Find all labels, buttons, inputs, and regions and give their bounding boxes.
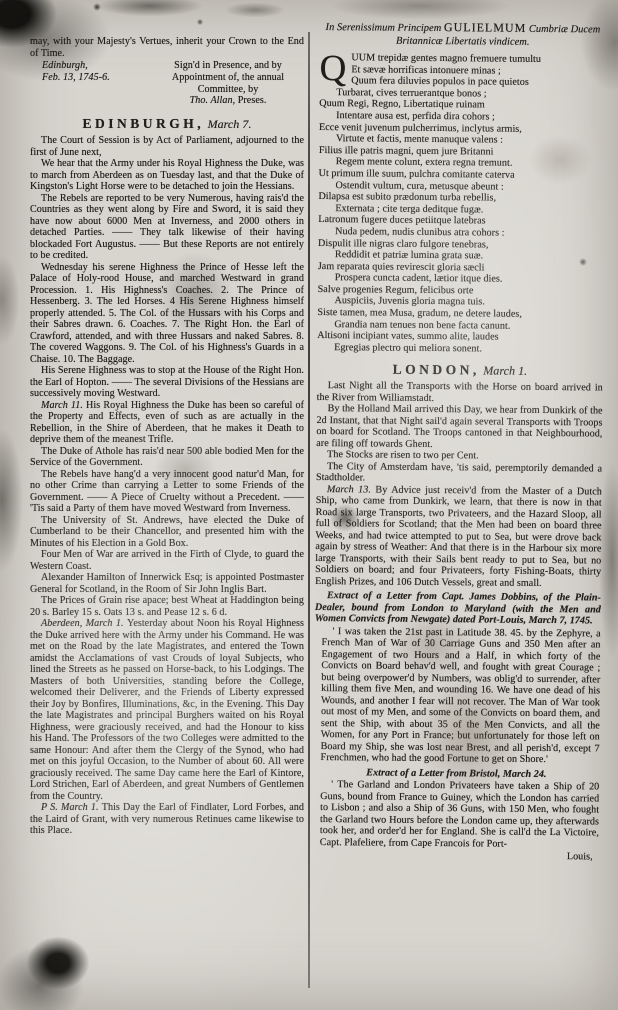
- london-heading-date: March 1.: [483, 364, 527, 378]
- poem-drop-cap: Q: [319, 52, 351, 83]
- newspaper-page: may, with your Majesty's Vertues, inheri…: [0, 0, 618, 1010]
- news-paragraph: Wednesday his serene Highness the Prince…: [30, 262, 304, 366]
- news-paragraph: The University of St. Andrews, have elec…: [30, 515, 304, 550]
- paragraph-text: The Stocks are risen to two per Cent.: [327, 450, 479, 462]
- paragraph-text: By the Holland Mail arrived this Day, we…: [316, 404, 602, 450]
- paragraph-text: Four Men of War are arrived in the Firth…: [30, 549, 304, 572]
- letter-extract-body: ' The Garland and London Privateers have…: [313, 779, 600, 850]
- paragraph-text: The City of Amsterdam have, 'tis said, p…: [316, 461, 602, 484]
- news-paragraph: We hear that the Army under his Royal Hi…: [30, 158, 304, 193]
- news-paragraph: March 11. His Royal Highness the Duke ha…: [30, 400, 304, 446]
- letter-extract-heading: Extract of a Letter from Capt. James Dob…: [315, 590, 601, 627]
- paragraph-text: The Rebels are reported to be very Numer…: [30, 193, 304, 262]
- signoff-name: Tho. Allan,: [190, 95, 236, 106]
- dedication-pre: In Serenissimum Principem: [326, 22, 444, 34]
- news-paragraph: Last Night all the Transports with the H…: [317, 380, 603, 405]
- news-paragraph: Four Men of War are arrived in the Firth…: [30, 549, 304, 572]
- paragraph-lead: March 13.: [327, 484, 376, 495]
- dateline-date: Feb. 13, 1745-6.: [42, 72, 152, 84]
- news-paragraph: The Rebels have hang'd a very innocent g…: [30, 469, 304, 515]
- latin-poem: Q UUM trepidæ gentes magno fremuere tumu…: [317, 52, 606, 356]
- paragraph-lead: Aberdeen, March 1.: [41, 618, 127, 629]
- dateline-place-date: Edinburgh, Feb. 13, 1745-6.: [30, 60, 152, 107]
- london-heading-title: LONDON,: [393, 362, 480, 378]
- right-column: In Serenissimum Principem GULIELMUM Cumb…: [313, 20, 606, 863]
- edinburgh-heading-date: March 7.: [208, 117, 252, 131]
- dateline: Edinburgh, Feb. 13, 1745-6. Sign'd in Pr…: [30, 60, 304, 107]
- paragraph-text: The University of St. Andrews, have elec…: [30, 515, 304, 549]
- left-column: may, with your Majesty's Vertues, inheri…: [30, 36, 304, 837]
- paragraph-text: The Duke of Athole has rais'd near 500 a…: [30, 446, 304, 469]
- news-paragraph: The City of Amsterdam have, 'tis said, p…: [316, 461, 602, 486]
- news-paragraph: Aberdeen, March 1. Yesterday about Noon …: [30, 618, 304, 802]
- dedication-name: GULIELMUM: [444, 20, 526, 35]
- paragraph-text: Alexander Hamilton of Innerwick Esq; is …: [30, 572, 304, 595]
- poem-line: Egregias plectro qui meliora sonent.: [317, 342, 603, 356]
- signoff-title: Preses.: [235, 95, 266, 106]
- column-divider: [308, 32, 310, 988]
- paragraph-text: The Rebels have hang'd a very innocent g…: [30, 469, 304, 515]
- paragraph-text: Yesterday about Noon his Royal Highness …: [30, 618, 304, 802]
- paragraph-text: Wednesday his serene Highness the Prince…: [30, 262, 304, 365]
- news-paragraph: The Court of Session is by Act of Parlia…: [30, 135, 304, 158]
- news-paragraph: March 13. By Advice just receiv'd from t…: [315, 484, 602, 590]
- catchword: Louis,: [313, 849, 599, 863]
- dateline-place: Edinburgh,: [42, 60, 152, 72]
- paragraph-text: The Prices of Grain rise apace; best Whe…: [30, 595, 304, 618]
- paragraph-lead: March 11.: [41, 400, 86, 411]
- latin-dedication: In Serenissimum Principem GULIELMUM Cumb…: [320, 20, 606, 49]
- edinburgh-heading-title: EDINBURGH,: [82, 116, 204, 131]
- news-paragraph: P S. March 1. This Day the Earl of Findl…: [30, 802, 304, 837]
- paragraph-text: We hear that the Army under his Royal Hi…: [30, 158, 304, 192]
- edinburgh-heading: EDINBURGH, March 7.: [30, 116, 304, 132]
- news-paragraph: His Serene Highness was to stop at the H…: [30, 365, 304, 400]
- news-paragraph: By the Holland Mail arrived this Day, we…: [316, 403, 602, 451]
- london-heading: LONDON, March 1.: [317, 361, 603, 379]
- news-paragraph: Alexander Hamilton of Innerwick Esq; is …: [30, 572, 304, 595]
- signoff-text: Sign'd in Presence, and by Appointment o…: [172, 60, 284, 95]
- paragraph-text: His Serene Highness was to stop at the H…: [30, 365, 304, 399]
- paragraph-text: By Advice just receiv'd from the Master …: [315, 484, 602, 588]
- news-paragraph: The Prices of Grain rise apace; best Whe…: [30, 595, 304, 618]
- paragraph-text: The Court of Session is by Act of Parlia…: [30, 135, 304, 158]
- paragraph-lead: P S. March 1.: [41, 802, 102, 813]
- news-paragraph: The Duke of Athole has rais'd near 500 a…: [30, 446, 304, 469]
- signoff: Sign'd in Presence, and by Appointment o…: [152, 60, 304, 107]
- paragraph-text: Last Night all the Transports with the H…: [317, 381, 603, 404]
- news-paragraph: The Rebels are reported to be very Numer…: [30, 193, 304, 262]
- opening-fragment: may, with your Majesty's Vertues, inheri…: [30, 36, 304, 59]
- letter-extract-body: ' I was taken the 21st past in Latitude …: [314, 626, 601, 766]
